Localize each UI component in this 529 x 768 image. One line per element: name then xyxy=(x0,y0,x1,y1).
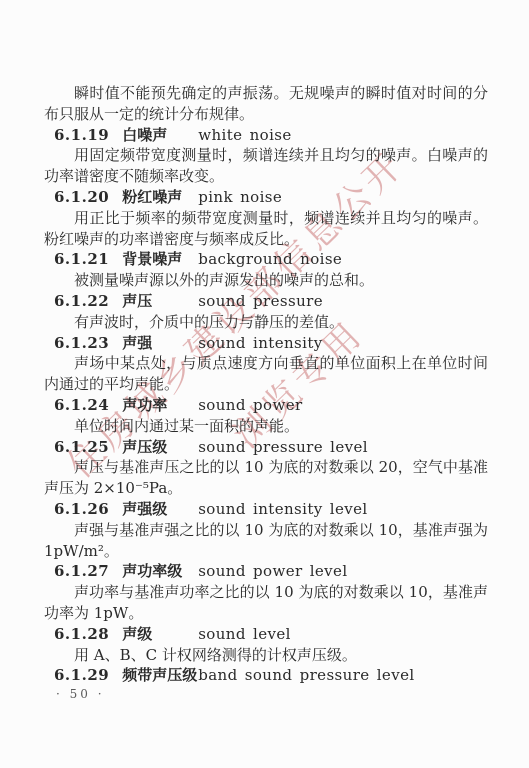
entry-definition: 用固定频带宽度测量时，频谱连续并且均匀的噪声。白噪声的功率谱密度不随频率改变。 xyxy=(44,145,488,187)
entry-number: 6.1.19 xyxy=(54,125,109,146)
term-entry-6-1-23: 6.1.23声强sound intensity 声场中某点处，与质点速度方向垂直… xyxy=(44,333,488,395)
entry-heading: 6.1.25声压级sound pressure level xyxy=(44,437,488,458)
entry-term-en: white noise xyxy=(198,126,291,144)
entry-definition: 声强与基准声强之比的以 10 为底的对数乘以 10，基准声强为 1pW/m²。 xyxy=(44,520,488,562)
entry-number: 6.1.22 xyxy=(54,291,109,312)
document-page: 住房城乡建设部信息公开 浏览专用 瞬时值不能预先确定的声振荡。无规噪声的瞬时值对… xyxy=(0,0,529,768)
entry-heading: 6.1.28声级sound level xyxy=(44,624,488,645)
entry-number: 6.1.28 xyxy=(54,624,109,645)
entry-definition: 被测量噪声源以外的声源发出的噪声的总和。 xyxy=(44,270,488,291)
entry-term-zh: 白噪声 xyxy=(122,125,198,146)
entry-term-en: background noise xyxy=(198,250,342,268)
term-entry-6-1-21: 6.1.21背景噪声background noise 被测量噪声源以外的声源发出… xyxy=(44,249,488,291)
entry-term-en: sound pressure xyxy=(198,292,323,310)
entry-heading: 6.1.21背景噪声background noise xyxy=(44,249,488,270)
term-entry-6-1-25: 6.1.25声压级sound pressure level 声压与基准声压之比的… xyxy=(44,437,488,499)
entry-term-en: sound level xyxy=(198,625,291,643)
entry-number: 6.1.21 xyxy=(54,249,109,270)
entry-number: 6.1.27 xyxy=(54,561,109,582)
entry-term-zh: 声级 xyxy=(122,624,198,645)
entry-term-zh: 声压级 xyxy=(122,437,198,458)
entry-term-en: sound power level xyxy=(198,562,347,580)
entry-definition: 单位时间内通过某一面积的声能。 xyxy=(44,416,488,437)
term-entry-6-1-20: 6.1.20粉红噪声pink noise 用正比于频率的频带宽度测量时，频谱连续… xyxy=(44,187,488,249)
page-content: 瞬时值不能预先确定的声振荡。无规噪声的瞬时值对时间的分布只服从一定的统计分布规律… xyxy=(44,83,488,686)
entry-heading: 6.1.27声功率级sound power level xyxy=(44,561,488,582)
term-entry-6-1-24: 6.1.24声功率sound power 单位时间内通过某一面积的声能。 xyxy=(44,395,488,437)
entry-term-en: sound intensity level xyxy=(198,500,367,518)
entry-term-zh: 声强级 xyxy=(122,499,198,520)
entry-term-en: band sound pressure level xyxy=(198,666,414,684)
term-entry-6-1-29: 6.1.29频带声压级band sound pressure level xyxy=(44,665,488,686)
entry-number: 6.1.23 xyxy=(54,333,109,354)
entry-heading: 6.1.22声压sound pressure xyxy=(44,291,488,312)
page-number: · 50 · xyxy=(56,687,105,701)
term-entry-6-1-22: 6.1.22声压sound pressure 有声波时，介质中的压力与静压的差值… xyxy=(44,291,488,333)
entry-definition: 用 A、B、C 计权网络测得的计权声压级。 xyxy=(44,645,488,666)
term-entry-6-1-28: 6.1.28声级sound level 用 A、B、C 计权网络测得的计权声压级… xyxy=(44,624,488,666)
entry-term-zh: 声压 xyxy=(122,291,198,312)
entry-number: 6.1.25 xyxy=(54,437,109,458)
entry-heading: 6.1.20粉红噪声pink noise xyxy=(44,187,488,208)
term-entry-6-1-26: 6.1.26声强级sound intensity level 声强与基准声强之比… xyxy=(44,499,488,561)
entry-heading: 6.1.24声功率sound power xyxy=(44,395,488,416)
entry-term-en: sound power xyxy=(198,396,302,414)
entry-term-en: sound pressure level xyxy=(198,438,368,456)
entry-number: 6.1.24 xyxy=(54,395,109,416)
entry-number: 6.1.20 xyxy=(54,187,109,208)
entry-number: 6.1.26 xyxy=(54,499,109,520)
entry-term-zh: 声功率 xyxy=(122,395,198,416)
entry-heading: 6.1.19白噪声white noise xyxy=(44,125,488,146)
entry-heading: 6.1.29频带声压级band sound pressure level xyxy=(44,665,488,686)
entry-heading: 6.1.26声强级sound intensity level xyxy=(44,499,488,520)
entry-term-en: pink noise xyxy=(198,188,282,206)
term-entry-6-1-27: 6.1.27声功率级sound power level 声功率与基准声功率之比的… xyxy=(44,561,488,623)
entry-definition: 声功率与基准声功率之比的以 10 为底的对数乘以 10，基准声功率为 1pW。 xyxy=(44,582,488,624)
entry-definition: 有声波时，介质中的压力与静压的差值。 xyxy=(44,312,488,333)
entry-heading: 6.1.23声强sound intensity xyxy=(44,333,488,354)
entry-term-zh: 背景噪声 xyxy=(122,249,198,270)
entry-term-en: sound intensity xyxy=(198,334,322,352)
entry-term-zh: 粉红噪声 xyxy=(122,187,198,208)
entry-number: 6.1.29 xyxy=(54,665,109,686)
entry-definition: 声场中某点处，与质点速度方向垂直的单位面积上在单位时间内通过的平均声能。 xyxy=(44,353,488,395)
entry-definition: 用正比于频率的频带宽度测量时，频谱连续并且均匀的噪声。粉红噪声的功率谱密度与频率… xyxy=(44,208,488,250)
entry-definition: 声压与基准声压之比的以 10 为底的对数乘以 20，空气中基准声压为 2×10⁻… xyxy=(44,457,488,499)
term-entry-6-1-19: 6.1.19白噪声white noise 用固定频带宽度测量时，频谱连续并且均匀… xyxy=(44,125,488,187)
paragraph-intro: 瞬时值不能预先确定的声振荡。无规噪声的瞬时值对时间的分布只服从一定的统计分布规律… xyxy=(44,83,488,125)
entry-term-zh: 声强 xyxy=(122,333,198,354)
entry-term-zh: 声功率级 xyxy=(122,561,198,582)
entry-term-zh: 频带声压级 xyxy=(122,665,198,686)
